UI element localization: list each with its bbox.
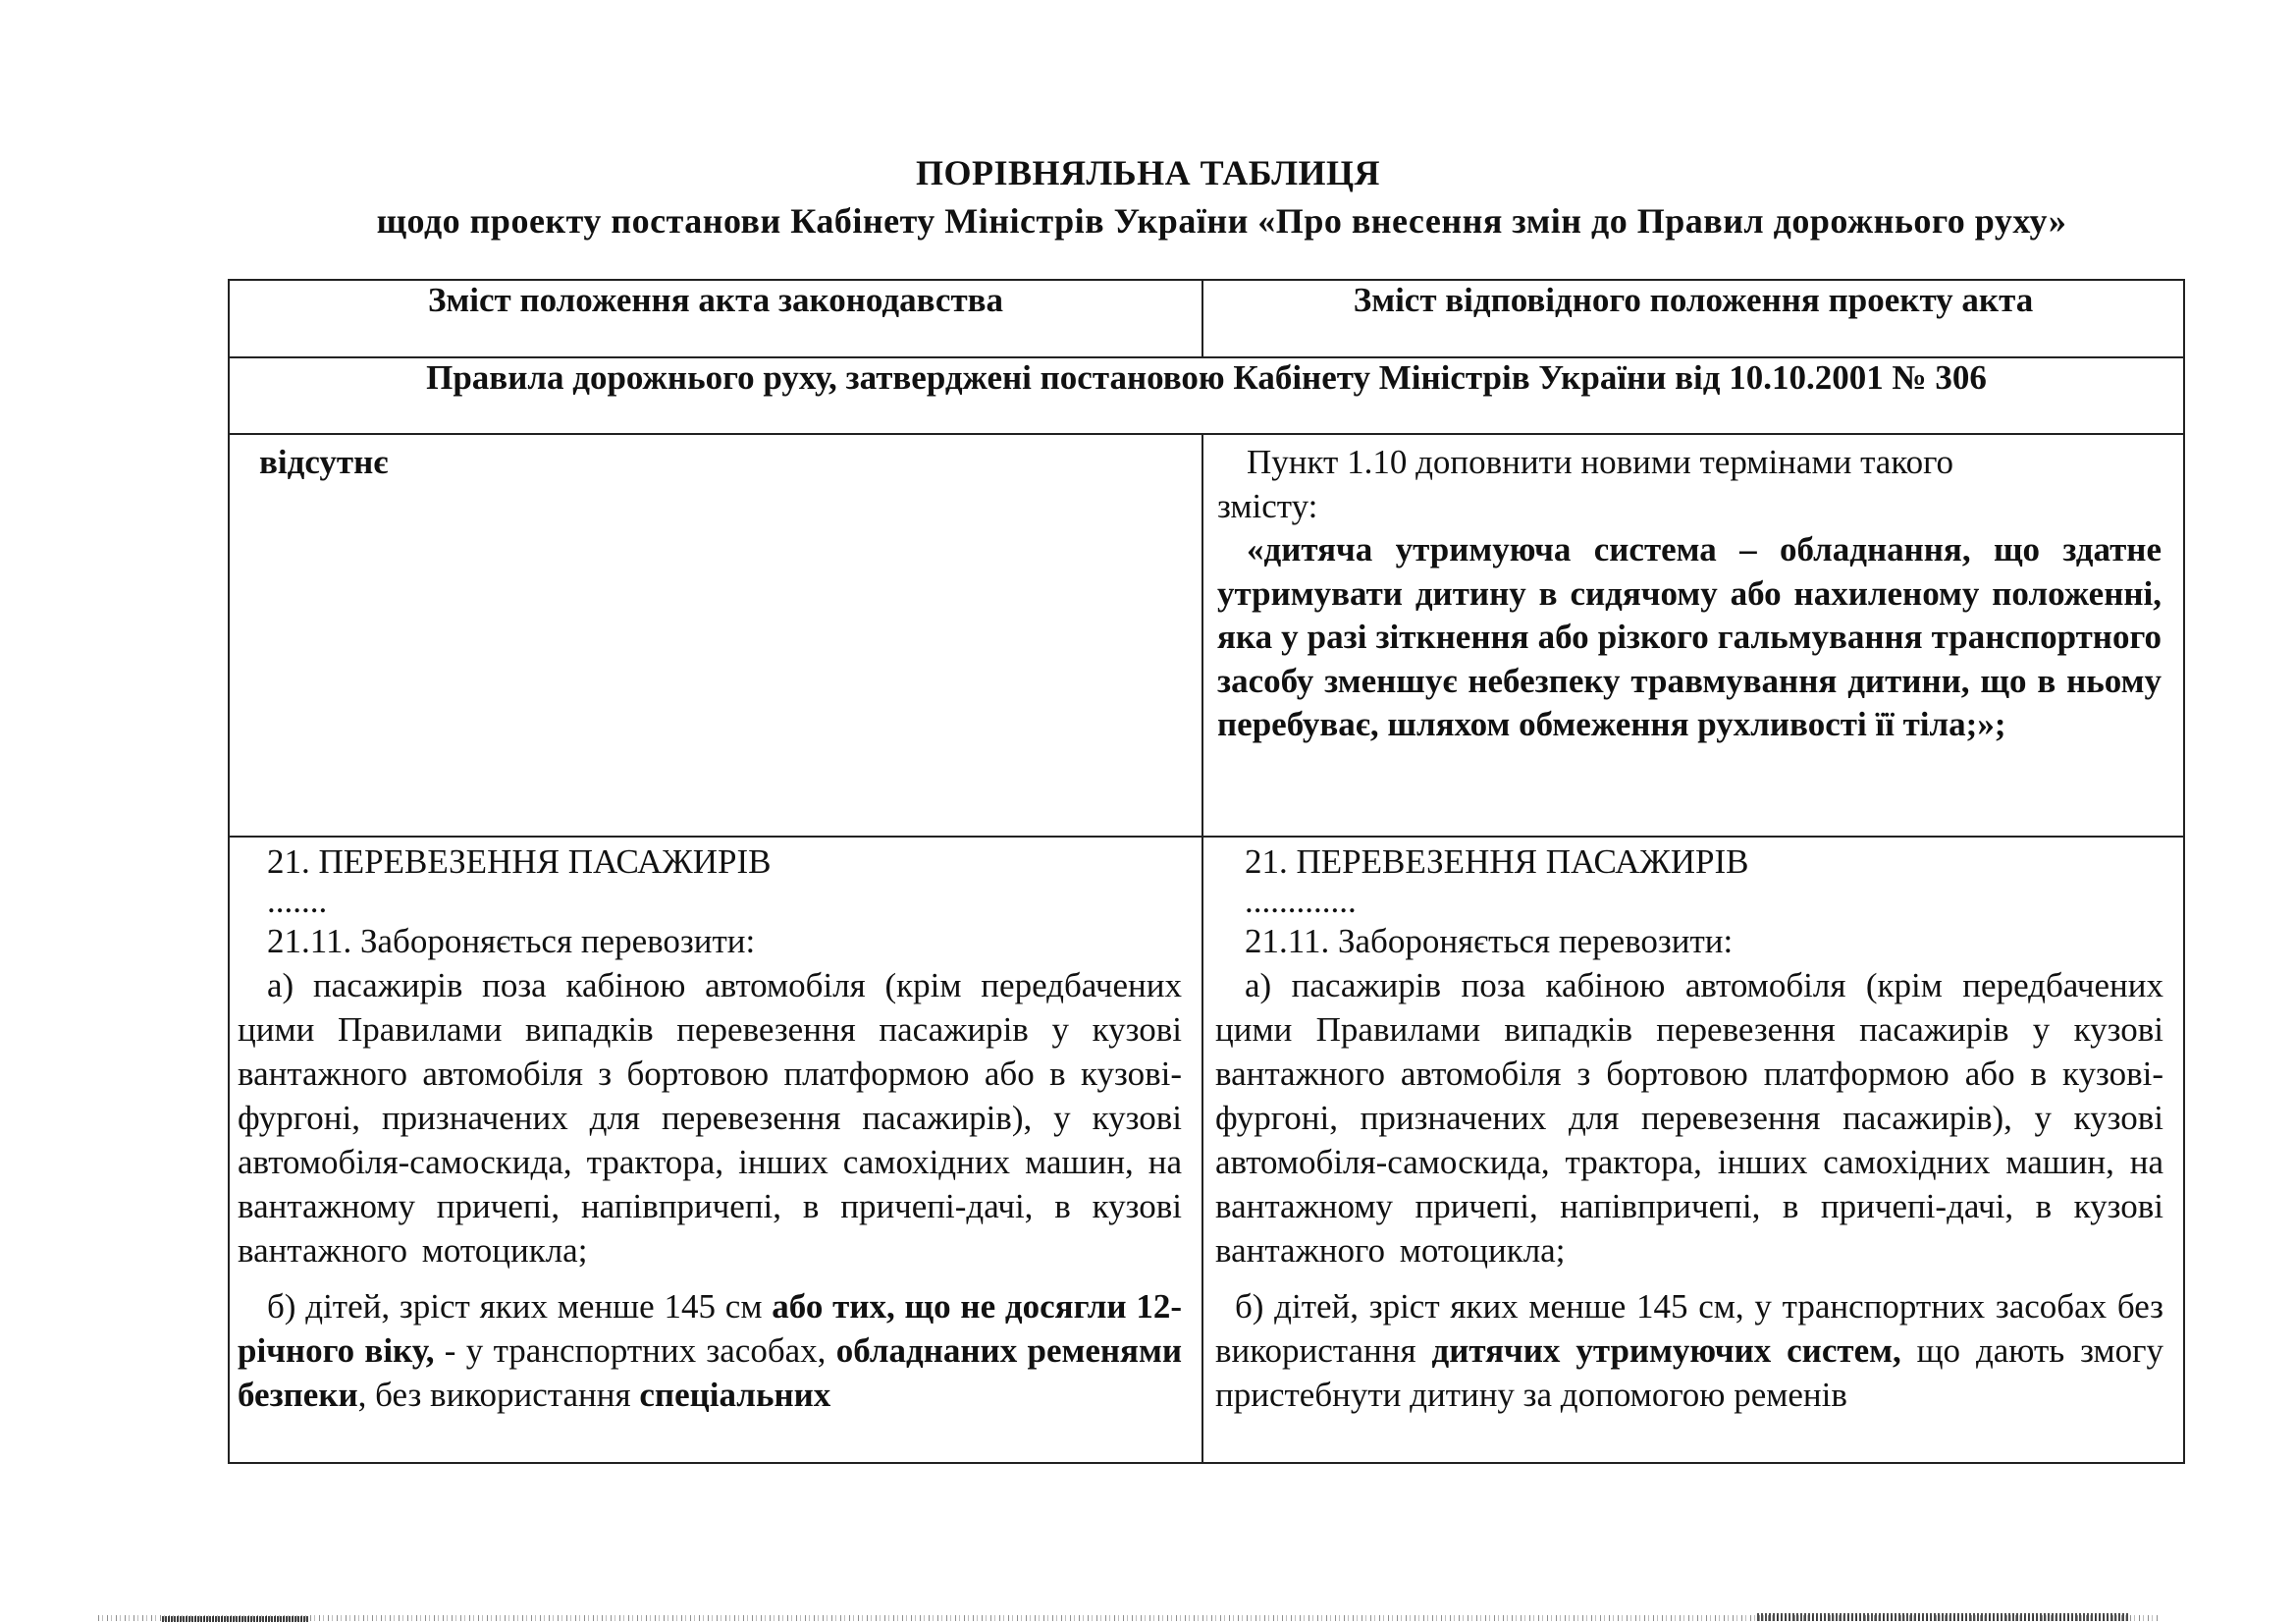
section-heading: 21. ПЕРЕВЕЗЕННЯ ПАСАЖИРІВ xyxy=(238,839,1182,884)
item-b-part-bold: спеціальних xyxy=(639,1376,830,1414)
table-row: 21. ПЕРЕВЕЗЕННЯ ПАСАЖИРІВ ....... 21.11.… xyxy=(229,837,2184,1463)
item-a: а) пасажирів поза кабіною автомобіля (кр… xyxy=(1215,963,2163,1272)
document-title: ПОРІВНЯЛЬНА ТАБЛИЦЯ xyxy=(187,152,2296,193)
item-a: а) пасажирів поза кабіною автомобіля (кр… xyxy=(238,963,1182,1272)
scan-artifact xyxy=(162,1616,309,1622)
current-law-cell: відсутнє xyxy=(229,434,1202,837)
draft-intro: Пункт 1.10 доповнити новими термінами та… xyxy=(1217,441,2162,528)
table-header-row: Зміст положення акта законодавства Зміст… xyxy=(229,280,2184,357)
section-title: Правила дорожнього руху, затверджені пос… xyxy=(229,357,2184,434)
clause-title: 21.11. Забороняється перевозити: xyxy=(1215,919,2163,963)
document-subtitle: щодо проекту постанови Кабінету Міністрі… xyxy=(0,200,2296,242)
current-law-text: 21. ПЕРЕВЕЗЕННЯ ПАСАЖИРІВ ....... 21.11.… xyxy=(230,838,1201,1417)
item-b-part: - у транспортних засобах, xyxy=(434,1331,835,1370)
header-draft-act: Зміст відповідного положення проекту акт… xyxy=(1202,280,2184,357)
document-title-text: ПОРІВНЯЛЬНА ТАБЛИЦЯ xyxy=(916,153,1380,192)
item-b-part: б) дітей, зріст яких менше 145 см xyxy=(267,1287,772,1326)
item-b: б) дітей, зріст яких менше 145 см або ти… xyxy=(238,1284,1182,1417)
table-row: відсутнє Пункт 1.10 доповнити новими тер… xyxy=(229,434,2184,837)
draft-definition: «дитяча утримуюча система – обладнання, … xyxy=(1217,528,2162,747)
draft-act-text: 21. ПЕРЕВЕЗЕННЯ ПАСАЖИРІВ ............. … xyxy=(1203,838,2183,1417)
ellipsis: ....... xyxy=(238,884,1182,919)
current-law-cell: 21. ПЕРЕВЕЗЕННЯ ПАСАЖИРІВ ....... 21.11.… xyxy=(229,837,1202,1463)
header-current-law: Зміст положення акта законодавства xyxy=(229,280,1202,357)
item-b: б) дітей, зріст яких менше 145 см, у тра… xyxy=(1215,1284,2163,1417)
draft-definition-block: Пункт 1.10 доповнити новими термінами та… xyxy=(1203,435,2183,747)
item-b-part: , без використання xyxy=(358,1376,640,1414)
draft-act-cell: Пункт 1.10 доповнити новими термінами та… xyxy=(1202,434,2184,837)
clause-title: 21.11. Забороняється перевозити: xyxy=(238,919,1182,963)
comparison-table: Зміст положення акта законодавства Зміст… xyxy=(228,279,2185,1464)
item-b-part-bold: дитячих утримуючих систем, xyxy=(1431,1331,1900,1370)
section-heading: 21. ПЕРЕВЕЗЕННЯ ПАСАЖИРІВ xyxy=(1215,839,2163,884)
section-title-row: Правила дорожнього руху, затверджені пос… xyxy=(229,357,2184,434)
absent-label: відсутнє xyxy=(230,435,1201,482)
draft-act-cell: 21. ПЕРЕВЕЗЕННЯ ПАСАЖИРІВ ............. … xyxy=(1202,837,2184,1463)
ellipsis: ............. xyxy=(1215,884,2163,919)
scan-artifact xyxy=(1757,1613,2130,1621)
